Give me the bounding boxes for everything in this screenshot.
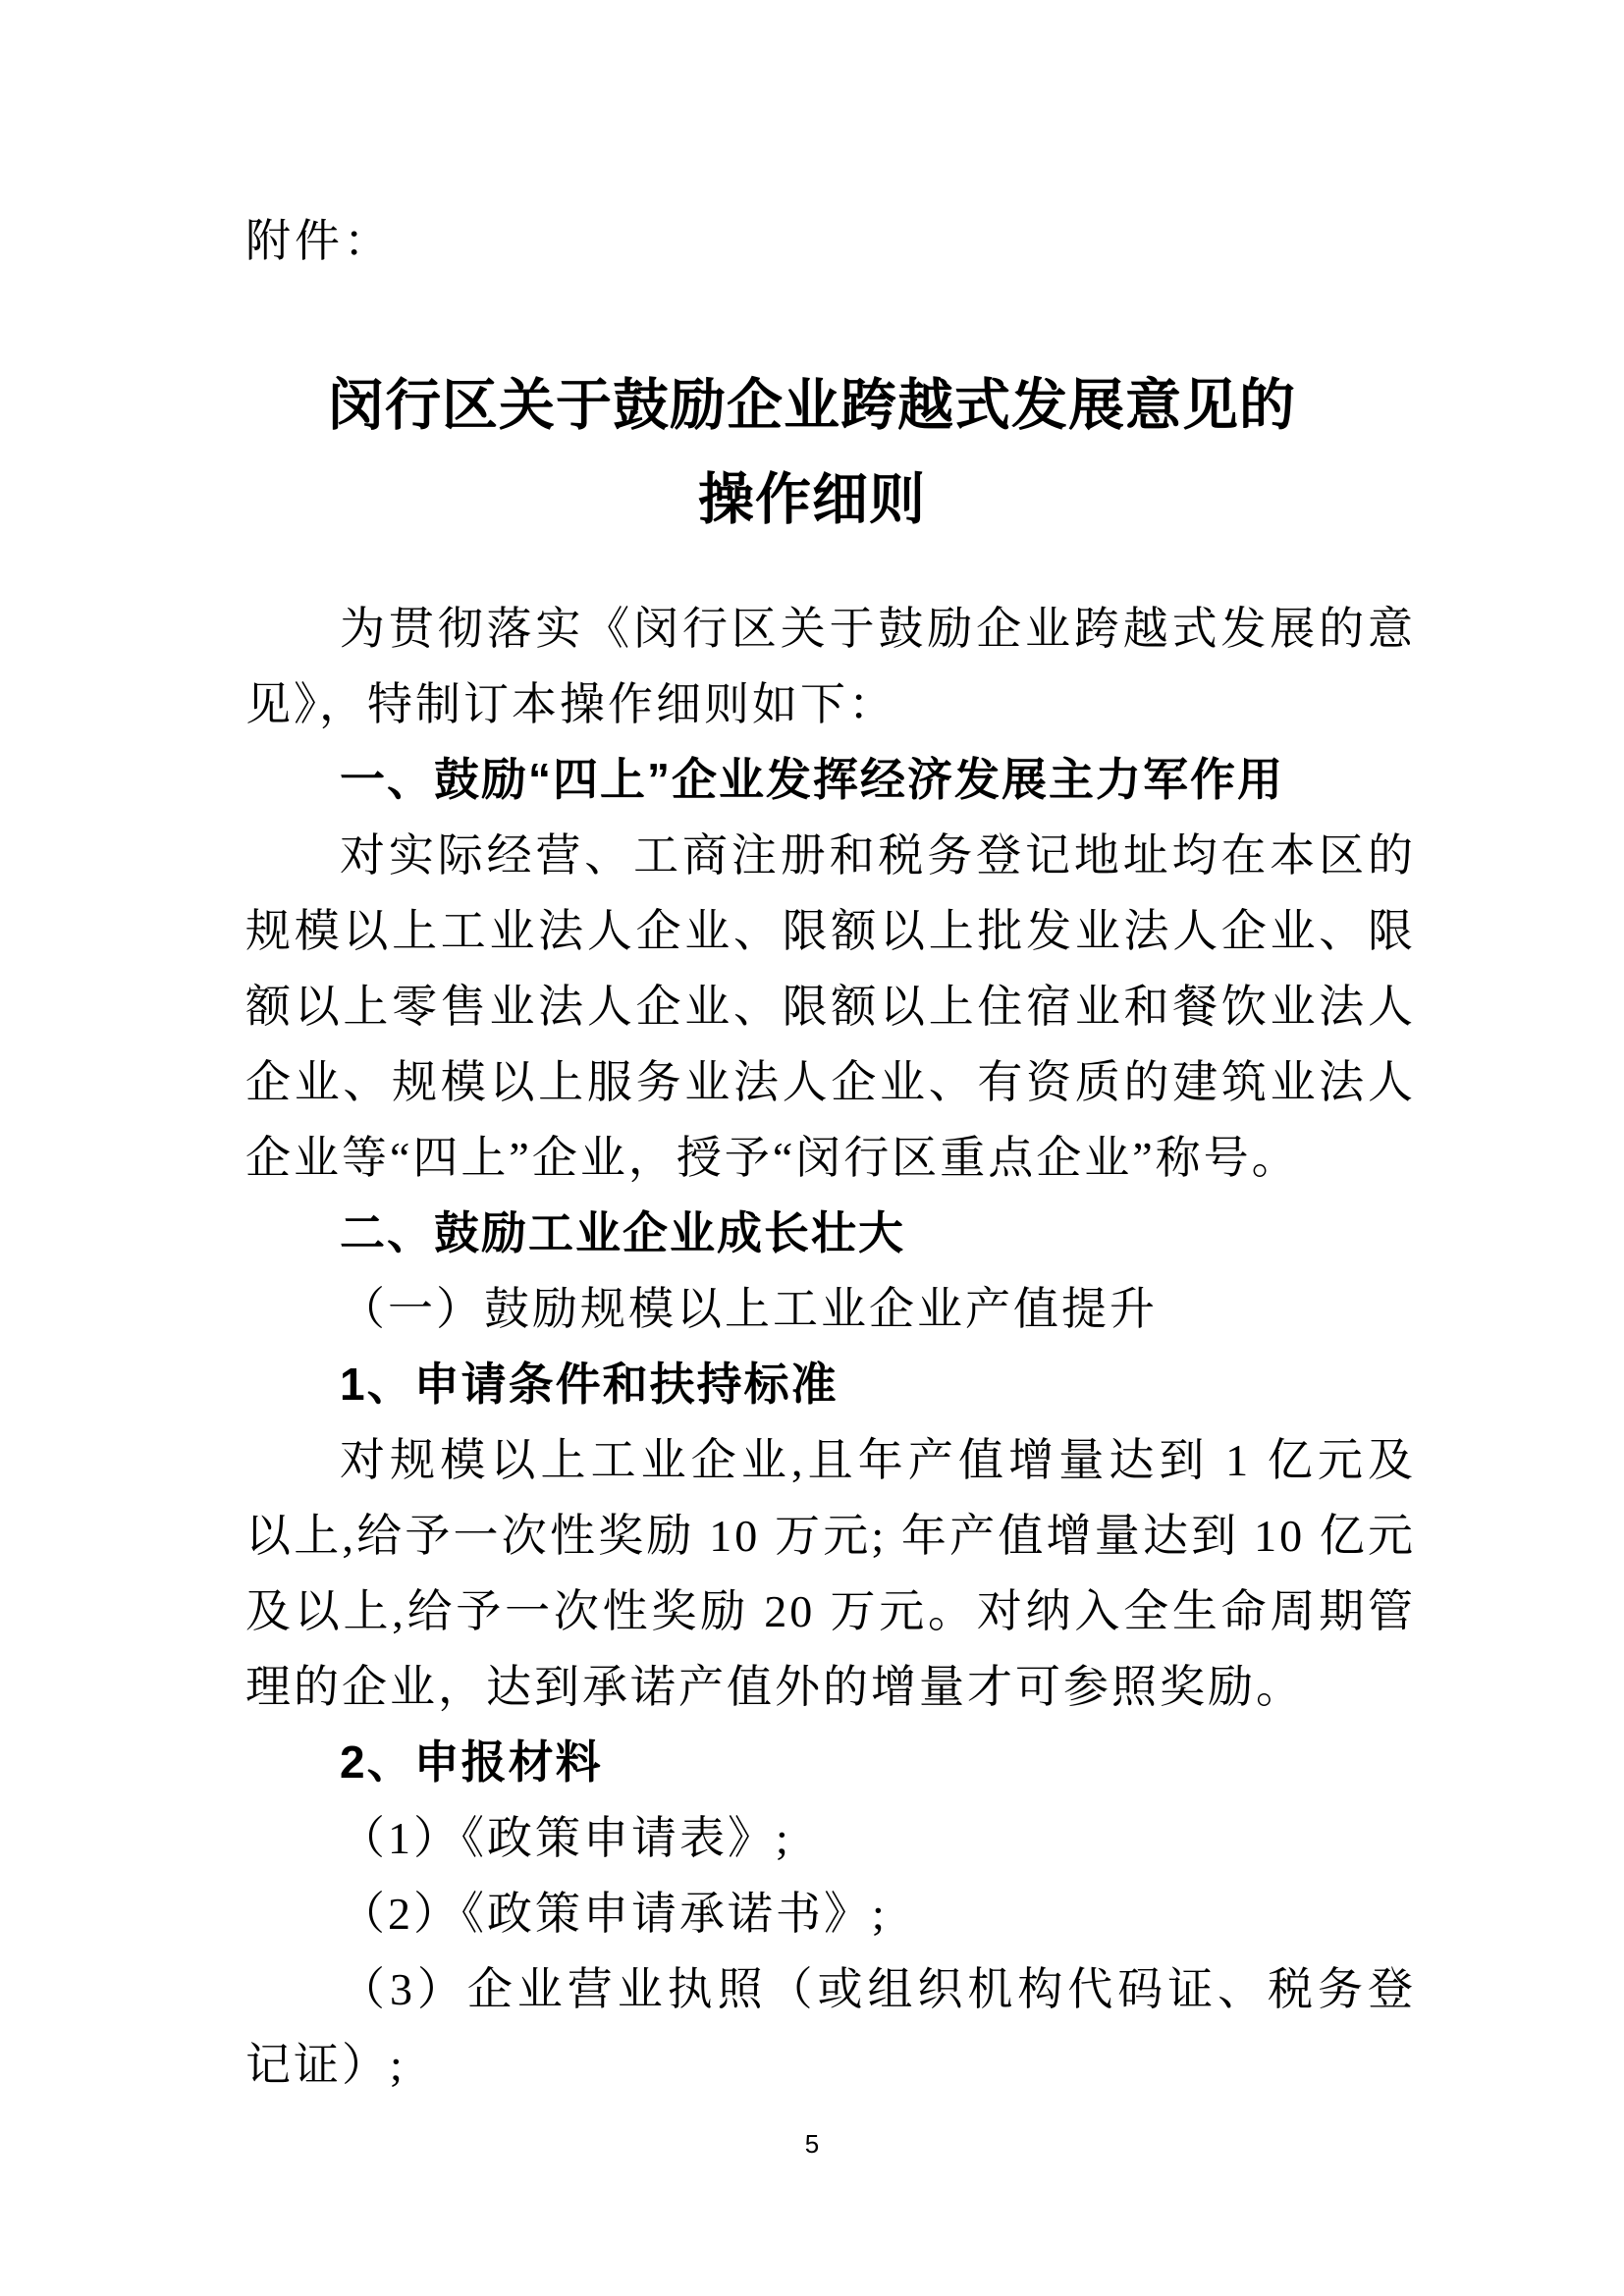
- material-item-1: （1）《政策申请表》;: [245, 1800, 1416, 1876]
- application-criteria-paragraph: 对规模以上工业企业,且年产值增量达到 1 亿元及以上,给予一次性奖励 10 万元…: [245, 1422, 1416, 1725]
- section-1-heading: 一、鼓励“四上”企业发挥经济发展主力军作用: [245, 742, 1416, 818]
- document-body: 为贯彻落实《闵行区关于鼓励企业跨越式发展的意见》，特制订本操作细则如下： 一、鼓…: [245, 591, 1416, 2103]
- document-title: 闵行区关于鼓励企业跨越式发展意见的 操作细则: [0, 359, 1624, 548]
- material-item-3: （3）企业营业执照（或组织机构代码证、税务登记证）;: [245, 1951, 1416, 2103]
- section-1-paragraph: 对实际经营、工商注册和税务登记地址均在本区的规模以上工业法人企业、限额以上批发业…: [245, 818, 1416, 1196]
- document-title-line2: 操作细则: [698, 469, 926, 531]
- material-item-2: （2）《政策申请承诺书》;: [245, 1876, 1416, 1951]
- application-criteria-heading: 1、申请条件和扶持标准: [245, 1347, 1416, 1422]
- intro-paragraph: 为贯彻落实《闵行区关于鼓励企业跨越式发展的意见》，特制订本操作细则如下：: [245, 591, 1416, 742]
- document-page: 附件： 闵行区关于鼓励企业跨越式发展意见的 操作细则 为贯彻落实《闵行区关于鼓励…: [0, 0, 1624, 2296]
- page-number: 5: [0, 2128, 1624, 2160]
- section-2-heading: 二、鼓励工业企业成长壮大: [245, 1196, 1416, 1271]
- section-2-sub-1-heading: （一）鼓励规模以上工业企业产值提升: [245, 1271, 1416, 1347]
- attachment-label: 附件：: [245, 214, 393, 269]
- application-materials-heading: 2、申报材料: [245, 1725, 1416, 1800]
- document-title-line1: 闵行区关于鼓励企业跨越式发展意见的: [328, 375, 1296, 437]
